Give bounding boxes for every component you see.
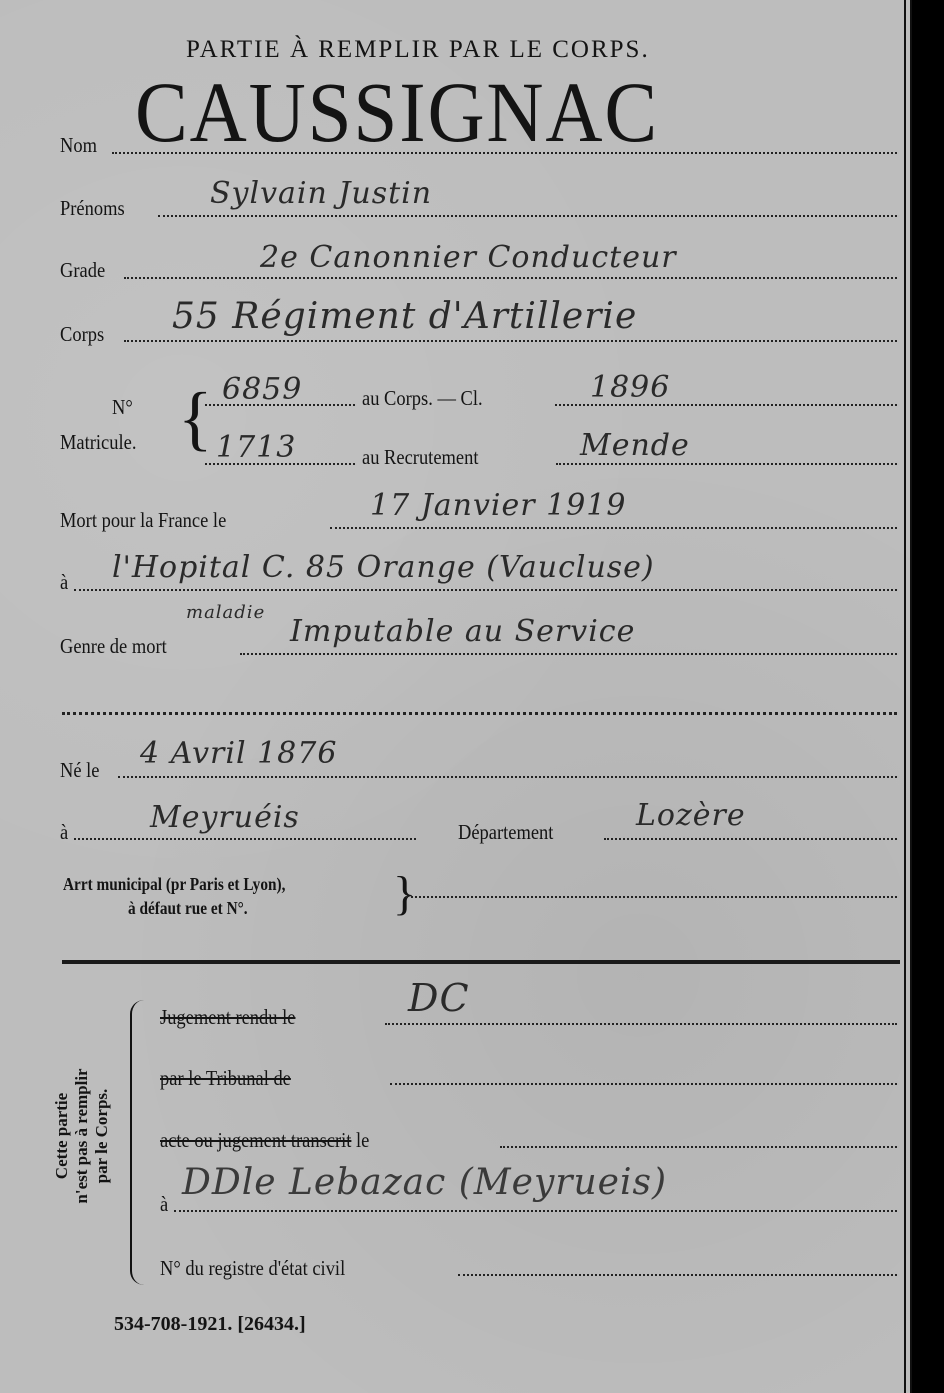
mort-line — [330, 527, 897, 529]
transcrit-label: acte ou jugement transcrit le — [160, 1128, 369, 1153]
a-line — [174, 1210, 897, 1212]
registre-label: N° du registre d'état civil — [160, 1256, 345, 1281]
nom-value: CAUSSIGNAC — [135, 62, 659, 162]
recrutement-place-line — [556, 463, 897, 465]
corps-label: Corps — [60, 322, 104, 347]
transcrit-label-rest: le — [356, 1128, 369, 1152]
jugement-line — [385, 1023, 897, 1025]
naissance-label: Né le — [60, 758, 100, 783]
mort-value: 17 Janvier 1919 — [370, 488, 626, 523]
transcrit-line — [500, 1146, 897, 1148]
tribunal-label: par le Tribunal de — [160, 1066, 291, 1091]
naissance-line — [118, 776, 897, 778]
blank-line — [62, 712, 897, 715]
lieu-naissance-label: à — [60, 820, 68, 845]
arrondissement-label-1: Arrt municipal (pr Paris et Lyon), — [63, 874, 285, 895]
recrutement-place-value: Mende — [580, 428, 690, 463]
corps-line — [124, 340, 897, 342]
grade-value: 2e Canonnier Conducteur — [260, 240, 677, 275]
prenoms-label: Prénoms — [60, 196, 125, 221]
transcrit-label-struck: acte ou jugement transcrit — [160, 1128, 351, 1152]
lieu-naissance-value: Meyruéis — [150, 800, 300, 835]
death-record-card: PARTIE À REMPLIR PAR LE CORPS. Nom CAUSS… — [0, 0, 912, 1393]
matricule-label-no: N° — [112, 395, 133, 420]
genre-mort-label: Genre de mort — [60, 634, 167, 659]
matricule-brace: { — [178, 382, 213, 454]
lower-brace — [130, 1000, 150, 1285]
genre-mort-value: Imputable au Service — [290, 614, 635, 649]
lieu-naissance-line — [74, 838, 416, 840]
a-value: DDle Lebazac (Meyrueis) — [182, 1162, 667, 1203]
arrondissement-brace: } — [393, 870, 416, 918]
corps-value: 55 Régiment d'Artillerie — [172, 296, 637, 337]
arrondissement-line — [406, 896, 897, 898]
naissance-value: 4 Avril 1876 — [140, 736, 337, 771]
jugement-value: DC — [408, 976, 470, 1020]
departement-label: Département — [458, 820, 553, 845]
matricule-corps-number: 6859 — [222, 372, 302, 407]
section-divider — [62, 960, 900, 964]
matricule-recrutement-label: au Recrutement — [362, 445, 478, 470]
form-header: PARTIE À REMPLIR PAR LE CORPS. — [186, 36, 650, 64]
grade-line — [124, 277, 897, 279]
print-reference: 534-708-1921. [26434.] — [114, 1313, 306, 1336]
nom-label: Nom — [60, 133, 97, 158]
mort-label: Mort pour la France le — [60, 508, 226, 533]
matricule-recrutement-number: 1713 — [216, 430, 296, 465]
side-note: Cette partie n'est pas à remplir par le … — [52, 1036, 142, 1236]
matricule-label: Matricule. — [60, 430, 136, 455]
genre-mort-annotation: maladie — [186, 602, 265, 623]
prenoms-value: Sylvain Justin — [210, 176, 432, 211]
lieu-mort-value: l'Hopital C. 85 Orange (Vaucluse) — [112, 550, 655, 585]
prenoms-line — [158, 215, 897, 217]
departement-line — [604, 838, 897, 840]
jugement-label: Jugement rendu le — [160, 1005, 295, 1030]
registre-line — [458, 1274, 897, 1276]
lieu-mort-label: à — [60, 570, 68, 595]
classe-value: 1896 — [590, 370, 670, 405]
side-note-line: par le Corps. — [92, 1036, 112, 1236]
a-label: à — [160, 1192, 168, 1217]
matricule-corps-label: au Corps. — Cl. — [362, 386, 483, 411]
border-line — [904, 0, 906, 1393]
side-note-line: n'est pas à remplir — [72, 1036, 92, 1236]
grade-label: Grade — [60, 258, 105, 283]
arrondissement-label-2: à défaut rue et N°. — [128, 898, 248, 919]
side-note-line: Cette partie — [52, 1036, 72, 1236]
departement-value: Lozère — [636, 798, 746, 833]
genre-mort-line — [240, 653, 897, 655]
tribunal-line — [390, 1083, 897, 1085]
lieu-mort-line — [74, 589, 897, 591]
border-line — [910, 0, 912, 1393]
